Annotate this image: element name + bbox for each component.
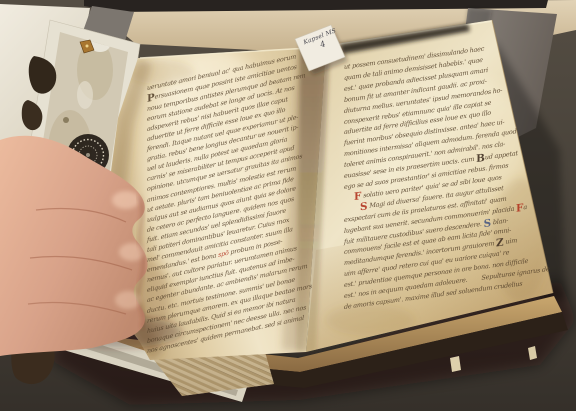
- manuscript-photo: [0, 0, 576, 411]
- clasp-highlight: [86, 45, 89, 48]
- knuckle-highlight-1: [112, 191, 140, 209]
- photo-canvas: ueruntate amori beniuol ac' qua habuimus…: [0, 0, 576, 411]
